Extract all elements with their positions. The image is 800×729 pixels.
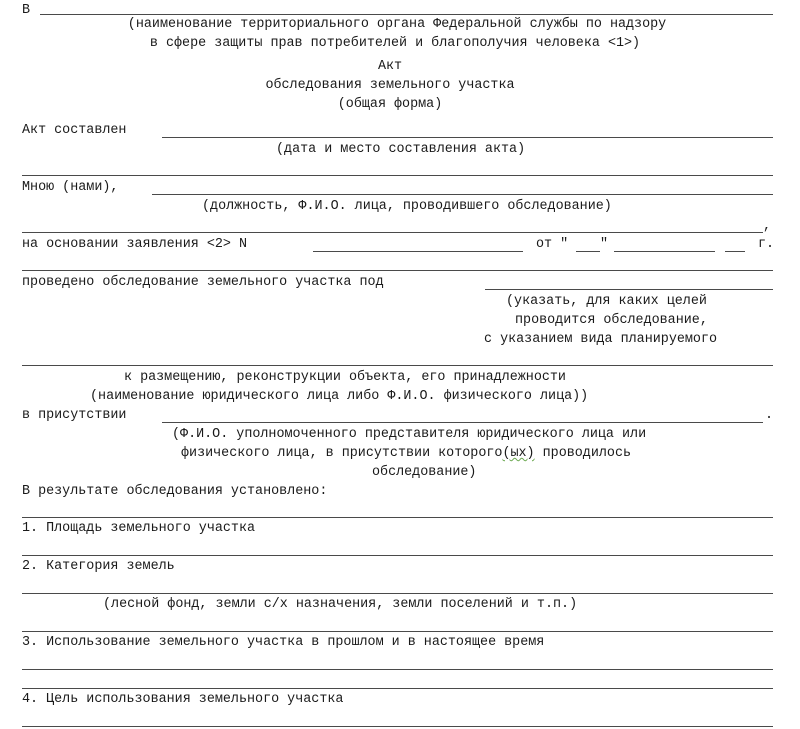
by-trailing-comma: , — [763, 219, 771, 235]
result-item-2: 2. Категория земель — [22, 559, 175, 575]
survey-caption-line2: проводится обследование, — [515, 313, 708, 329]
by-field-extra[interactable] — [22, 232, 763, 233]
land-category-caption: (лесной фонд, земли с/х назначения, земл… — [103, 597, 577, 613]
by-caption: (должность, Ф.И.О. лица, проводившего об… — [202, 199, 612, 215]
result-item-4: 4. Цель использования земельного участка — [22, 692, 343, 708]
presence-caption-line3: обследование) — [372, 465, 476, 481]
drawn-up-field[interactable] — [162, 137, 773, 138]
authority-field[interactable] — [40, 14, 773, 15]
land-category-field-extra[interactable] — [22, 631, 773, 632]
by-label: Мною (нами), — [22, 180, 118, 196]
presence-caption-line2-b: (ых) — [502, 446, 534, 461]
area-field[interactable] — [22, 555, 773, 556]
title-line3: (общая форма) — [0, 97, 790, 113]
presence-caption-line2-c: проводилось — [535, 446, 631, 461]
application-day-field[interactable] — [576, 251, 600, 252]
survey-purpose-field[interactable] — [485, 289, 773, 290]
result-item-1: 1. Площадь земельного участка — [22, 521, 255, 537]
survey-purpose-field-extra[interactable] — [22, 365, 773, 366]
application-year-field[interactable] — [725, 251, 745, 252]
basis-quote-close: " — [600, 237, 608, 253]
results-heading: В результате обследования установлено: — [22, 484, 327, 500]
land-use-field[interactable] — [22, 669, 773, 670]
survey-caption-line4: к размещению, реконструкции объекта, его… — [124, 370, 566, 386]
drawn-up-field-extra[interactable] — [22, 175, 773, 176]
basis-year-suffix: г. — [758, 237, 774, 253]
result-item-3: 3. Использование земельного участка в пр… — [22, 635, 544, 651]
presence-caption-line1: (Ф.И.О. уполномоченного представителя юр… — [172, 427, 646, 443]
land-category-field[interactable] — [22, 593, 773, 594]
basis-field-extra[interactable] — [22, 270, 773, 271]
survey-caption-line1: (указать, для каких целей — [506, 294, 707, 310]
land-purpose-field[interactable] — [22, 726, 773, 727]
title-line2: обследования земельного участка — [0, 78, 790, 94]
application-number-field[interactable] — [313, 251, 523, 252]
drawn-up-label: Акт составлен — [22, 123, 126, 139]
presence-caption-line2: физического лица, в присутствии которого… — [181, 446, 631, 462]
basis-label: на основании заявления <2> N — [22, 237, 247, 253]
survey-label: проведено обследование земельного участк… — [22, 275, 384, 291]
authority-caption-line1: (наименование территориального органа Фе… — [0, 17, 797, 33]
basis-from-label: от " — [536, 237, 568, 253]
presence-caption-line2-a: физического лица, в присутствии которого — [181, 446, 502, 461]
presence-trailing-period: . — [765, 408, 773, 424]
title-line1: Акт — [0, 59, 790, 75]
application-month-field[interactable] — [614, 251, 715, 252]
authority-caption-line2: в сфере защиты прав потребителей и благо… — [0, 36, 795, 52]
by-field[interactable] — [152, 194, 773, 195]
survey-caption-line5: (наименование юридического лица либо Ф.И… — [90, 389, 588, 405]
survey-caption-line3: с указанием вида планируемого — [484, 332, 717, 348]
presence-field[interactable] — [162, 422, 763, 423]
land-use-field-extra[interactable] — [22, 688, 773, 689]
presence-label: в присутствии — [22, 408, 126, 424]
drawn-up-caption: (дата и место составления акта) — [276, 142, 525, 158]
results-field[interactable] — [22, 517, 773, 518]
